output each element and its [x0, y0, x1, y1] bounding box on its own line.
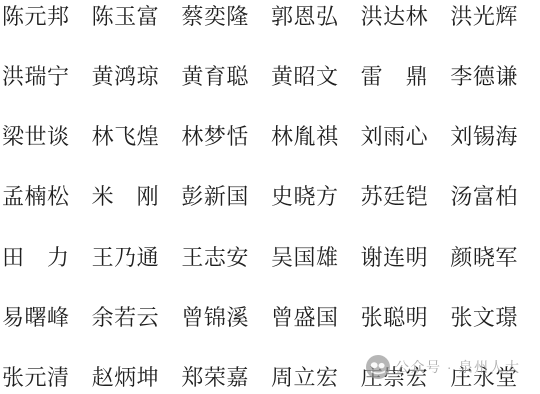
name-cell: 田 力 [2, 244, 92, 272]
name-cell: 曾盛国 [271, 304, 361, 332]
name-row: 陈元邦陈玉富蔡奕隆郭恩弘洪达林洪光辉 [2, 3, 540, 31]
name-cell: 王乃通 [92, 244, 182, 272]
name-row: 易曙峰余若云曾锦溪曾盛国张聪明张文璟 [2, 304, 540, 332]
name-cell: 王志安 [181, 244, 271, 272]
name-cell: 庄崇宏 [361, 364, 451, 392]
name-cell: 颜晓军 [450, 244, 540, 272]
name-cell: 蔡奕隆 [181, 3, 271, 31]
name-row: 洪瑞宁黄鸿琼黄育聪黄昭文雷 鼎李德谦 [2, 63, 540, 91]
name-cell: 林胤祺 [271, 123, 361, 151]
name-cell: 梁世谈 [2, 123, 92, 151]
name-cell: 洪瑞宁 [2, 63, 92, 91]
name-cell: 张元清 [2, 364, 92, 392]
name-cell: 郑荣嘉 [181, 364, 271, 392]
name-cell: 庄永堂 [450, 364, 540, 392]
name-cell: 张文璟 [450, 304, 540, 332]
name-cell: 郭恩弘 [271, 3, 361, 31]
name-cell: 曾锦溪 [181, 304, 271, 332]
name-row: 田 力王乃通王志安吴国雄谢连明颜晓军 [2, 244, 540, 272]
name-cell: 周立宏 [271, 364, 361, 392]
name-row: 张元清赵炳坤郑荣嘉周立宏庄崇宏庄永堂 [2, 364, 540, 392]
name-cell: 汤富柏 [450, 183, 540, 211]
name-cell: 雷 鼎 [361, 63, 451, 91]
name-cell: 洪光辉 [450, 3, 540, 31]
name-grid: 陈元邦陈玉富蔡奕隆郭恩弘洪达林洪光辉洪瑞宁黄鸿琼黄育聪黄昭文雷 鼎李德谦梁世谈林… [0, 0, 540, 394]
name-cell: 陈玉富 [92, 3, 182, 31]
name-cell: 刘雨心 [361, 123, 451, 151]
name-cell: 黄昭文 [271, 63, 361, 91]
name-cell: 林飞煌 [92, 123, 182, 151]
name-row: 梁世谈林飞煌林梦恬林胤祺刘雨心刘锡海 [2, 123, 540, 151]
name-cell: 米 刚 [92, 183, 182, 211]
name-cell: 史晓方 [271, 183, 361, 211]
name-cell: 易曙峰 [2, 304, 92, 332]
name-cell: 林梦恬 [181, 123, 271, 151]
name-cell: 吴国雄 [271, 244, 361, 272]
name-cell: 黄鸿琼 [92, 63, 182, 91]
name-cell: 陈元邦 [2, 3, 92, 31]
name-cell: 谢连明 [361, 244, 451, 272]
name-cell: 刘锡海 [450, 123, 540, 151]
name-cell: 赵炳坤 [92, 364, 182, 392]
name-cell: 李德谦 [450, 63, 540, 91]
name-cell: 彭新国 [181, 183, 271, 211]
name-cell: 洪达林 [361, 3, 451, 31]
name-cell: 孟楠松 [2, 183, 92, 211]
name-cell: 苏廷铠 [361, 183, 451, 211]
name-cell: 黄育聪 [181, 63, 271, 91]
name-cell: 余若云 [92, 304, 182, 332]
name-cell: 张聪明 [361, 304, 451, 332]
name-row: 孟楠松米 刚彭新国史晓方苏廷铠汤富柏 [2, 183, 540, 211]
